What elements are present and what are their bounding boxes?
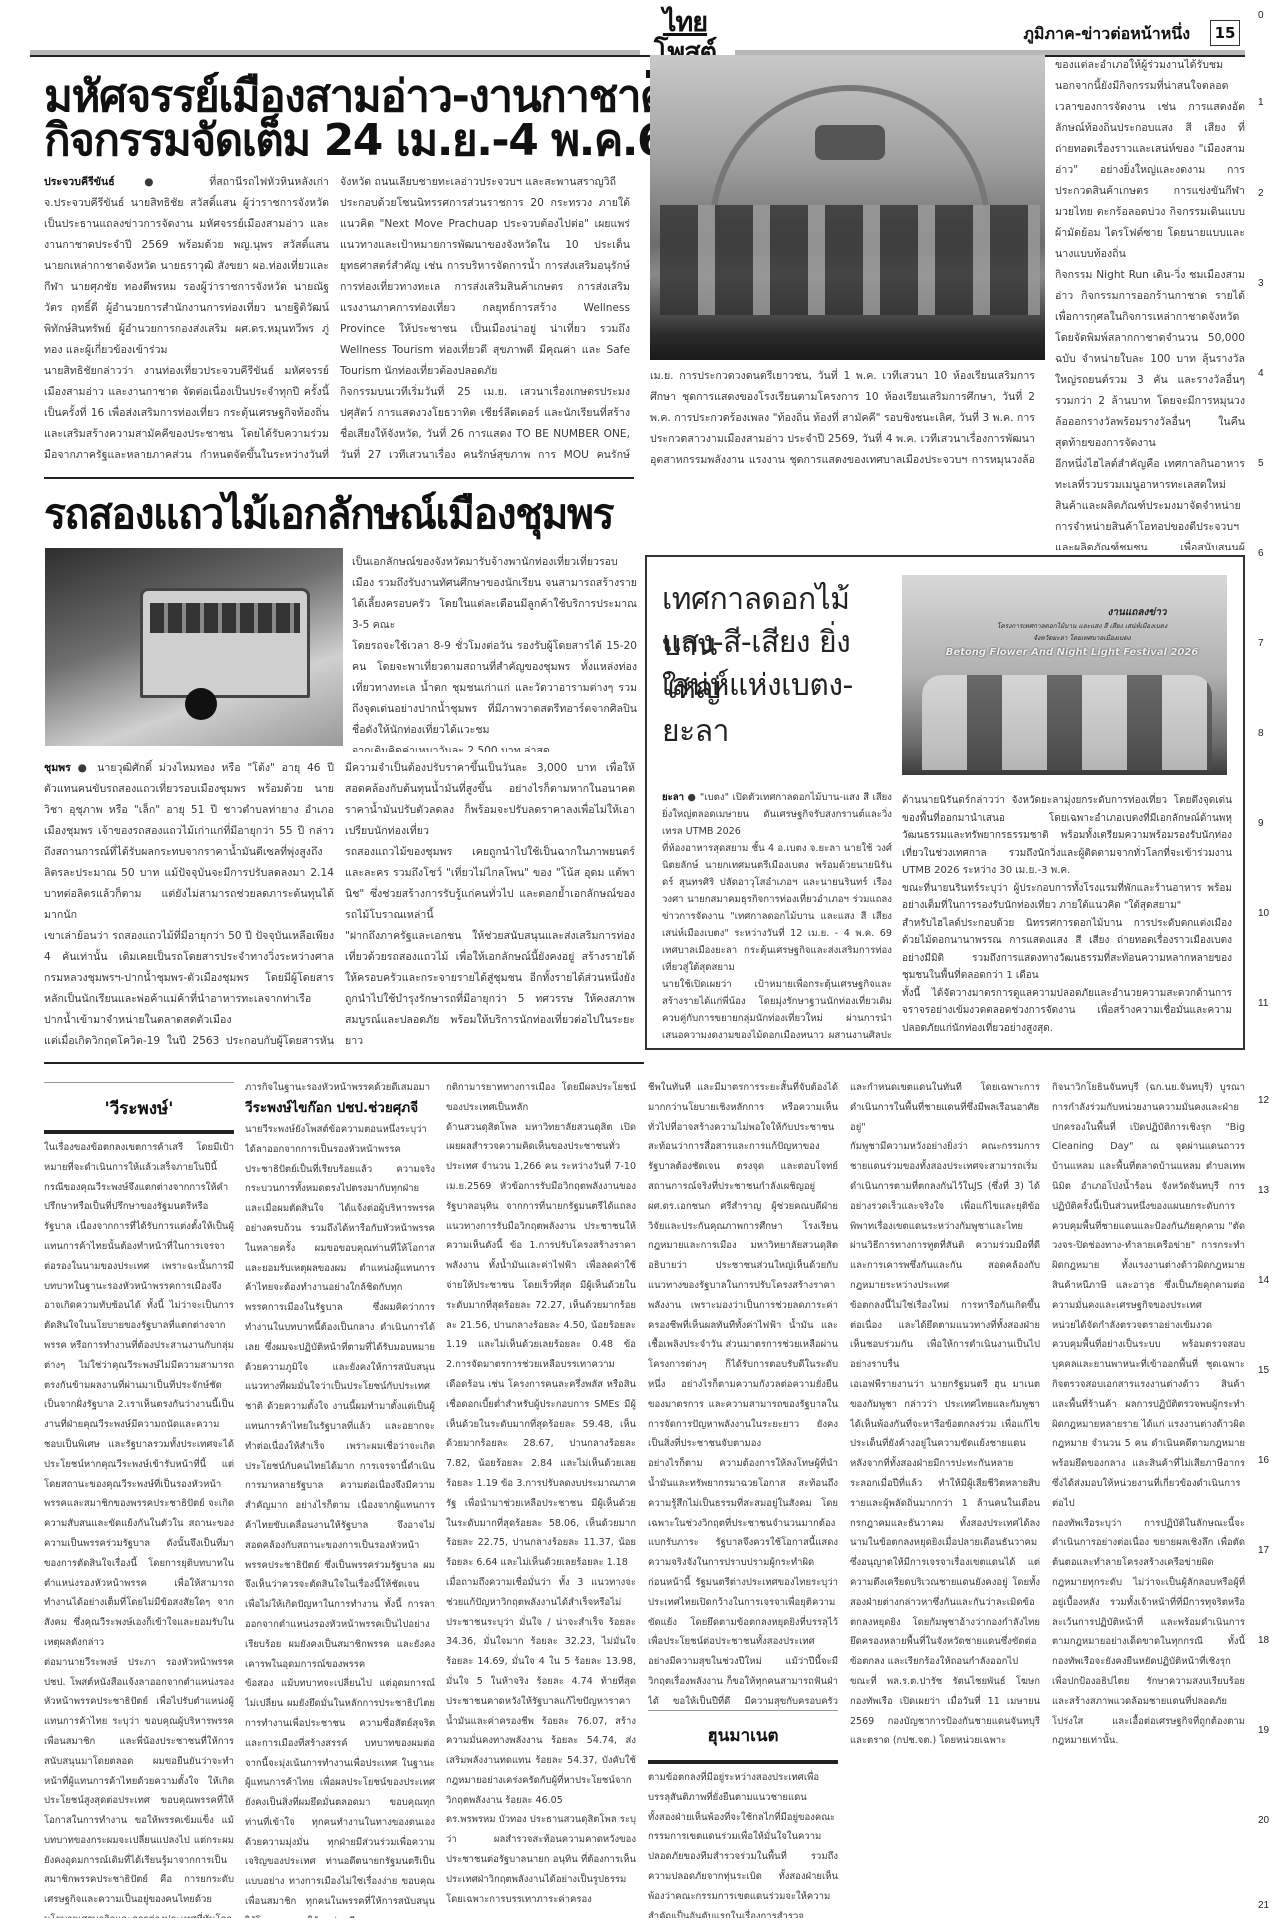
column-1-header-rule — [44, 1130, 234, 1134]
row-number: 9 — [1258, 818, 1264, 829]
row-number: 16 — [1258, 1455, 1269, 1466]
story-betong-box: เทศกาลดอกไม้บาน แสง-สี-เสียง ยิ่งใหญ่ เส… — [645, 555, 1245, 1050]
column-2-body: นายวีระพงษ์ยังโพสต์ข้อความตอนหนึ่งระบุว่… — [245, 1120, 435, 1918]
column-4-body: ชีพในทันที และมีมาตรการระยะสั้นที่จับต้อ… — [648, 1078, 838, 1708]
column-5-body: และกำหนดเขตแดนในทันที โดยเฉพาะการดำเนินก… — [850, 1078, 1040, 1918]
story1-bottom-rule — [44, 477, 634, 479]
column-4-header-rule-top — [648, 1710, 838, 1711]
story2-col2-bottom: มีความจำเป็นต้องปรับราคาขึ้นเป็นวันละ 3,… — [345, 758, 635, 1048]
row-number: 20 — [1258, 1815, 1269, 1826]
row-number: 0 — [1258, 10, 1264, 21]
row-number: 4 — [1258, 368, 1264, 379]
row-number: 13 — [1258, 1185, 1269, 1196]
stage-sign — [815, 125, 885, 160]
row-number: 7 — [1258, 638, 1264, 649]
row-number: 11 — [1258, 998, 1268, 1009]
row-number: 21 — [1258, 1900, 1269, 1911]
row-number: 5 — [1258, 458, 1264, 469]
story1-col1: ประจวบคีรีขันธ์ ● ที่สถานีรถไฟหัวหินหลัง… — [44, 172, 329, 462]
banner-subtitle: โครงการเทศกาลดอกไม้บาน และแสง สี เสียง เ… — [942, 621, 1222, 631]
story1-col2: จังหวัด ถนนเลียบชายทะเลอ่าวประจวบฯ และสะ… — [340, 172, 630, 462]
row-numbers: 0 1 2 3 4 5 6 7 8 9 10 11 12 13 14 15 16… — [1258, 0, 1286, 1920]
photo-betong-press-conference: งานแถลงข่าว โครงการเทศกาลดอกไม้บาน และแส… — [902, 575, 1227, 775]
headline: รถสองแถวไม้เอกลักษณ์เมืองชุมพร — [44, 488, 634, 540]
story3-col1: ยะลา ● "เบตง" เปิดตัวเทศกาลดอกไม้บาน-แสง… — [662, 789, 892, 1044]
column-1-header-rule-top — [44, 1082, 234, 1083]
row-number: 14 — [1258, 1275, 1269, 1286]
dateline: ชุมพร — [44, 762, 71, 774]
story1-col3: เม.ย. การประกวดวงดนตรีเยาวชน, วันที่ 1 พ… — [650, 366, 1035, 466]
headline-line-3: เสน่ห์แห่งเบตง-ยะลา — [662, 663, 902, 755]
dateline: ยะลา — [662, 792, 684, 803]
bus-wheel — [185, 688, 217, 720]
banner-title: งานแถลงข่าว — [1052, 605, 1222, 620]
story2-col1: ชุมพร ● นายวุฒิศักดิ์ ม่วงไหมทอง หรือ "โ… — [44, 758, 334, 1048]
story2-col2-top: เป็นเอกลักษณ์ของจังหวัดมารับจ้างพานักท่อ… — [352, 552, 637, 752]
banner-festival-name: Betong Flower And Night Light Festival 2… — [922, 647, 1222, 658]
masthead: ไทยโพสต์ อิสรภาพแห่งความคิด ภูมิภาค-ข่าว… — [0, 0, 1286, 62]
column-3-body: กติกามารยาททางการเมือง โดยมีผลประโยชน์ขอ… — [446, 1078, 636, 1918]
row-number: 12 — [1258, 1095, 1269, 1106]
row-number: 18 — [1258, 1635, 1269, 1646]
seated-people — [660, 205, 1040, 315]
column-6-body: กิจนาวิกโยธินจันทบุรี (ฉก.นย.จันทบุรี) บ… — [1052, 1078, 1245, 1918]
row-number: 6 — [1258, 548, 1264, 559]
row-number: 19 — [1258, 1725, 1269, 1736]
row-number: 8 — [1258, 728, 1264, 739]
story3-col2: ด้านนายนิรันดร์กล่าวว่า จังหวัดยะลามุ่งย… — [902, 792, 1232, 1042]
photo-prachuap-press-event — [650, 55, 1045, 360]
row-number: 1 — [1258, 97, 1264, 108]
row-number: 10 — [1258, 908, 1269, 919]
bus-windows — [150, 603, 300, 633]
page-number: 15 — [1210, 20, 1240, 46]
column-1-body: ในเรื่องของข้อตกลงเขตการค้าเสรี โดยมีเป้… — [44, 1138, 234, 1918]
banner-subtitle-2: จังหวัดยะลา โดยเทศบาลเมืองเบตง — [982, 633, 1182, 643]
column-4-header-rule — [648, 1760, 838, 1764]
row-number: 2 — [1258, 188, 1264, 199]
section-divider — [44, 1062, 644, 1064]
panelists — [922, 675, 1212, 770]
section-title: ภูมิภาค-ข่าวต่อหน้าหนึ่ง — [1000, 22, 1190, 47]
column-4-body-2: ตามข้อตกลงที่มีอยู่ระหว่างสองประเทศเพื่อ… — [648, 1768, 838, 1918]
photo-wooden-songthaew-bus — [45, 548, 343, 746]
row-number: 15 — [1258, 1365, 1269, 1376]
column-2-lead: ภารกิจในฐานะรองหัวหน้าพรรคด้วยดีเสมอมา — [245, 1078, 435, 1100]
column-2-subhead: วีระพงษ์ไขก๊อก ปชป.ช่วยศุภจี — [245, 1098, 440, 1118]
row-number: 3 — [1258, 278, 1264, 289]
row-number: 17 — [1258, 1545, 1269, 1556]
headline-line-2: กิจกรรมจัดเต็ม 24 เม.ย.-4 พ.ค.69 — [44, 112, 634, 170]
column-4-header: ฮุนมาเนต — [648, 1722, 838, 1749]
column-1-header: 'วีระพงษ์' — [44, 1095, 234, 1122]
story1-col4: ของแต่ละอำเภอให้ผู้ร่วมงานได้รับชม นอกจา… — [1055, 55, 1245, 550]
dateline: ประจวบคีรีขันธ์ — [44, 176, 115, 188]
